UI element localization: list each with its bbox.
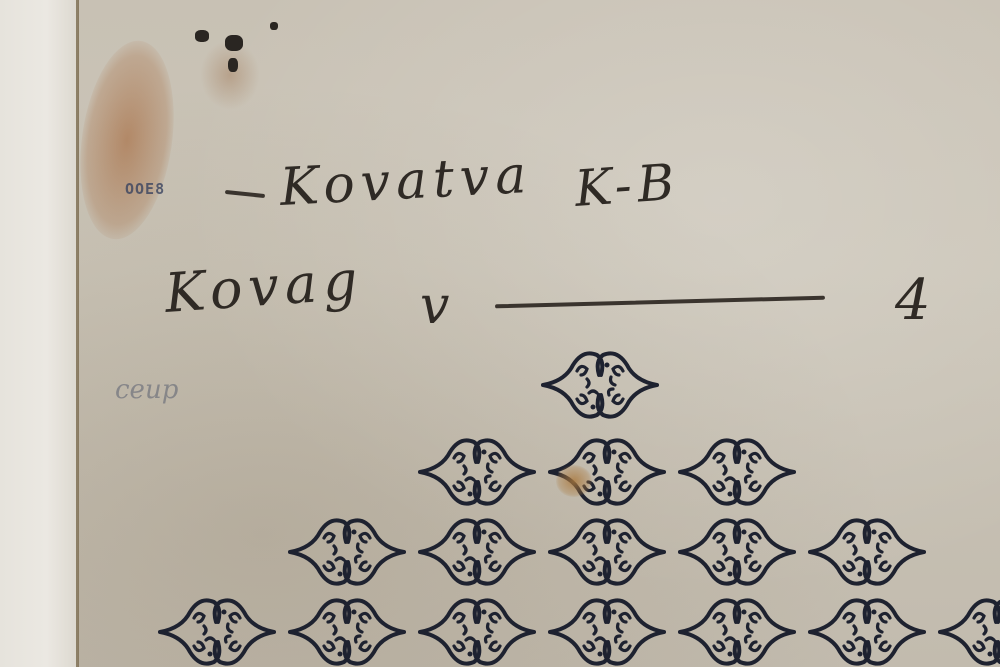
fleuron-ornament-icon (412, 512, 542, 592)
handwritten-number: 4 (895, 268, 937, 333)
fleuron-ornament-icon (802, 512, 932, 592)
handwritten-suffix-line2: v (420, 276, 455, 336)
fleuron-ornament-icon (282, 592, 412, 667)
fleuron-ornament-icon (152, 592, 282, 667)
handwritten-mark-line1: K-B (573, 153, 682, 218)
fleuron-ornament-icon (672, 512, 802, 592)
ornament-row-3 (282, 512, 932, 592)
fleuron-ornament-icon (282, 512, 412, 592)
fleuron-ornament-icon (802, 592, 932, 667)
faint-ink-mark: ceup (115, 375, 178, 405)
fleuron-ornament-icon (412, 592, 542, 667)
ornament-stain (556, 465, 592, 497)
fleuron-ornament-icon (932, 592, 1000, 667)
ink-spot (195, 30, 209, 42)
ornament-row-1 (535, 345, 665, 425)
left-margin-paper (0, 0, 78, 667)
fleuron-ornament-icon (535, 345, 665, 425)
ink-spot (225, 35, 243, 51)
fleuron-ornament-icon (542, 512, 672, 592)
fleuron-ornament-icon (412, 432, 542, 512)
ornament-row-4 (152, 592, 1000, 667)
ornament-row-2 (412, 432, 802, 512)
fleuron-ornament-icon (672, 592, 802, 667)
fleuron-ornament-icon (542, 592, 672, 667)
ink-spot (270, 22, 278, 30)
ink-spot (228, 58, 238, 72)
fleuron-ornament-icon (672, 432, 802, 512)
stamp-mark: ООЕ8 (125, 180, 165, 198)
